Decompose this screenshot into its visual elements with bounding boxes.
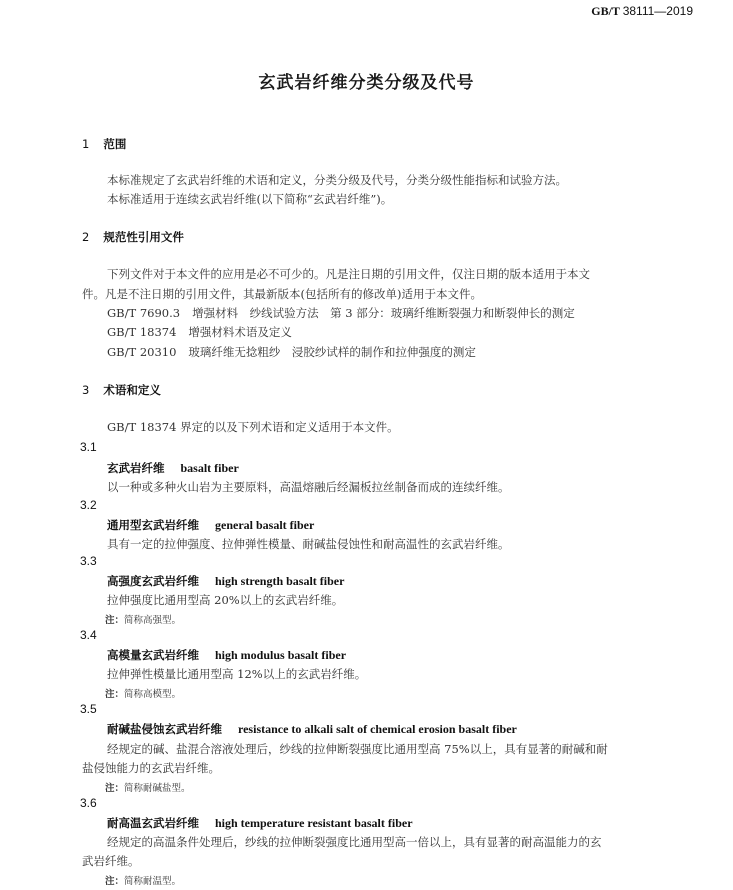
term-cn: 耐碱盐侵蚀玄武岩纤维	[107, 722, 222, 736]
reference-code: GB/T 20310	[107, 345, 176, 359]
term-en: general basalt fiber	[215, 518, 314, 532]
note-label: 注：	[105, 876, 124, 887]
term-en: high modulus basalt fiber	[215, 648, 346, 662]
clause-number: 3.4	[80, 628, 97, 642]
term-heading: 高强度玄武岩纤维high strength basalt fiber	[107, 573, 344, 589]
section-1-paragraph-1: 本标准规定了玄武岩纤维的术语和定义，分类分级及代号，分类分级性能指标和试验方法。	[107, 172, 567, 188]
term-heading: 高模量玄武岩纤维high modulus basalt fiber	[107, 647, 346, 663]
term-definition-line-2: 盐侵蚀能力的玄武岩纤维。	[82, 760, 220, 776]
term-cn: 高强度玄武岩纤维	[107, 574, 199, 588]
standard-number: 38111—2019	[623, 4, 693, 18]
term-cn: 玄武岩纤维	[107, 461, 165, 475]
term-heading: 耐碱盐侵蚀玄武岩纤维resistance to alkali salt of c…	[107, 721, 517, 737]
term-note: 注：简称高模型。	[105, 686, 181, 700]
term-heading: 耐高温玄武岩纤维high temperature resistant basal…	[107, 815, 413, 831]
section-1-heading: 1范围	[82, 136, 126, 152]
term-definition-line-2: 武岩纤维。	[82, 853, 140, 869]
section-1-paragraph-2: 本标准适用于连续玄武岩纤维(以下简称“玄武岩纤维”)。	[107, 191, 392, 207]
reference-title: 增强材料术语及定义	[188, 325, 292, 339]
note-label: 注：	[105, 689, 124, 700]
term-note: 注：简称耐温型。	[105, 873, 181, 887]
note-label: 注：	[105, 783, 124, 794]
term-note: 注：简称耐碱盐型。	[105, 780, 191, 794]
term-definition: 拉伸弹性模量比通用型高 12%以上的玄武岩纤维。	[107, 666, 366, 682]
term-note: 注：简称高强型。	[105, 612, 181, 626]
reference-title: 增强材料 纱线试验方法 第 3 部分：玻璃纤维断裂强力和断裂伸长的测定	[192, 306, 575, 320]
reference-code: GB/T 18374	[107, 325, 176, 339]
document-title: 玄武岩纤维分类分级及代号	[0, 68, 733, 93]
clause-number: 3.5	[80, 702, 97, 716]
term-en: high temperature resistant basalt fiber	[215, 816, 413, 830]
term-definition-line-1: 经规定的高温条件处理后，纱线的拉伸断裂强度比通用型高一倍以上，具有显著的耐高温能…	[107, 834, 602, 850]
term-heading: 通用型玄武岩纤维general basalt fiber	[107, 517, 314, 533]
standard-code: GB/T 38111—2019	[591, 4, 693, 19]
term-definition: 拉伸强度比通用型高 20%以上的玄武岩纤维。	[107, 592, 343, 608]
standard-prefix: GB/T	[591, 4, 619, 18]
term-cn: 耐高温玄武岩纤维	[107, 816, 199, 830]
reference-item: GB/T 7690.3增强材料 纱线试验方法 第 3 部分：玻璃纤维断裂强力和断…	[107, 305, 575, 321]
term-cn: 通用型玄武岩纤维	[107, 518, 199, 532]
reference-title: 玻璃纤维无捻粗纱 浸胶纱试样的制作和拉伸强度的测定	[188, 345, 476, 359]
section-2-heading: 2规范性引用文件	[82, 229, 184, 245]
clause-number: 3.3	[80, 554, 97, 568]
clause-number: 3.2	[80, 498, 97, 512]
clause-number: 3.6	[80, 796, 97, 810]
term-en: basalt fiber	[181, 461, 239, 475]
term-definition: 以一种或多种火山岩为主要原料，高温熔融后经漏板拉丝制备而成的连续纤维。	[107, 479, 510, 495]
term-definition-line-1: 经规定的碱、盐混合溶液处理后，纱线的拉伸断裂强度比通用型高 75%以上，具有显著…	[107, 741, 608, 757]
section-2-intro-line-2: 件。凡是不注日期的引用文件，其最新版本(包括所有的修改单)适用于本文件。	[82, 286, 482, 302]
reference-item: GB/T 20310玻璃纤维无捻粗纱 浸胶纱试样的制作和拉伸强度的测定	[107, 344, 476, 360]
section-2-intro-line-1: 下列文件对于本文件的应用是必不可少的。凡是注日期的引用文件，仅注日期的版本适用于…	[107, 266, 590, 282]
clause-number: 3.1	[80, 440, 97, 454]
reference-code: GB/T 7690.3	[107, 306, 180, 320]
term-en: resistance to alkali salt of chemical er…	[238, 722, 517, 736]
note-label: 注：	[105, 615, 124, 626]
section-3-intro: GB/T 18374 界定的以及下列术语和定义适用于本文件。	[107, 419, 399, 435]
term-cn: 高模量玄武岩纤维	[107, 648, 199, 662]
term-heading: 玄武岩纤维basalt fiber	[107, 460, 239, 476]
term-definition: 具有一定的拉伸强度、拉伸弹性模量、耐碱盐侵蚀性和耐高温性的玄武岩纤维。	[107, 536, 510, 552]
term-en: high strength basalt fiber	[215, 574, 344, 588]
reference-item: GB/T 18374增强材料术语及定义	[107, 324, 292, 340]
section-3-heading: 3术语和定义	[82, 382, 161, 398]
